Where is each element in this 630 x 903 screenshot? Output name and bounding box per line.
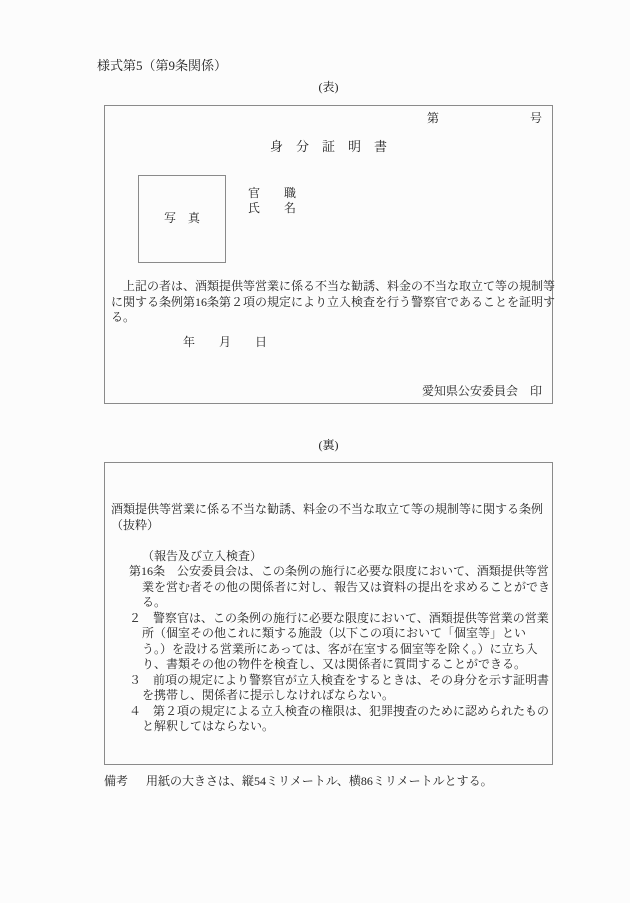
ordinance-text-line: う。）を設ける営業所にあっては、客が在室する個室等を除く。）に立ち入 bbox=[111, 642, 548, 658]
certification-body-text: 上記の者は、酒類提供等営業に係る不当な勧誘、料金の不当な取立て等の規制等に関する… bbox=[111, 279, 548, 326]
photo-placeholder-label: 写 真 bbox=[164, 211, 200, 227]
ordinance-text-line: ２ 警察官は、この条例の施行に必要な限度において、酒類提供等営業の営業 bbox=[111, 611, 548, 627]
ordinance-text-line: 第16条 公安委員会は、この条例の施行に必要な限度において、酒類提供等営 bbox=[111, 564, 548, 580]
remark-label: 備考 bbox=[104, 774, 128, 788]
ordinance-text-line: 業を営む者その他の関係者に対し、報告又は資料の提出を求めることができ bbox=[111, 580, 548, 596]
ordinance-text-line: り、書類その他の物件を検査し、又は関係者に質問することができる。 bbox=[111, 657, 548, 673]
front-card: 第 号 身 分 証 明 書 写 真 官 職 氏 名 上記の者は、酒類提供等営業に… bbox=[104, 105, 553, 404]
back-side-label: (裏) bbox=[104, 438, 553, 454]
ordinance-text-line: ３ 前項の規定により警察官が立入検査をするときは、その身分を示す証明書 bbox=[111, 673, 548, 689]
front-side-label: (表) bbox=[104, 80, 553, 96]
remark-line: 備考用紙の大きさは、縦54ミリメートル、横86ミリメートルとする。 bbox=[104, 774, 493, 790]
document-page: 様式第5（第9条関係） (表) 第 号 身 分 証 明 書 写 真 官 職 氏 … bbox=[0, 0, 630, 903]
body-text-line: る。 bbox=[111, 310, 548, 326]
card-title: 身 分 証 明 書 bbox=[105, 139, 552, 155]
ordinance-text-line: （報告及び立入検査） bbox=[111, 549, 548, 565]
form-number-label: 様式第5（第9条関係） bbox=[97, 58, 227, 74]
name-label: 氏 名 bbox=[248, 201, 296, 217]
ordinance-text-line: 酒類提供等営業に係る不当な勧誘、料金の不当な取立て等の規制等に関する条例 bbox=[111, 502, 548, 518]
remark-text: 用紙の大きさは、縦54ミリメートル、横86ミリメートルとする。 bbox=[146, 774, 493, 788]
ordinance-text-line: る。 bbox=[111, 595, 548, 611]
doc-number-prefix: 第 bbox=[427, 111, 439, 127]
date-placeholder: 年 月 日 bbox=[183, 335, 267, 351]
official-position-label: 官 職 bbox=[248, 186, 296, 202]
ordinance-text-line: 所（個室その他これに類する施設（以下この項において「個室等」とい bbox=[111, 626, 548, 642]
doc-number-suffix: 号 bbox=[530, 111, 542, 127]
ordinance-text-line: を携帯し、関係者に提示しなければならない。 bbox=[111, 688, 548, 704]
photo-placeholder-box: 写 真 bbox=[138, 175, 226, 263]
body-text-line: に関する条例第16条第２項の規定により立入検査を行う警察官であることを証明す bbox=[111, 295, 548, 311]
ordinance-text-line bbox=[111, 533, 548, 549]
issuer-seal-line: 愛知県公安委員会 印 bbox=[105, 384, 552, 400]
ordinance-text-line: （抜粋） bbox=[111, 518, 548, 534]
ordinance-text-line: ４ 第２項の規定による立入検査の権限は、犯罪捜査のために認められたもの bbox=[111, 704, 548, 720]
back-card: 酒類提供等営業に係る不当な勧誘、料金の不当な取立て等の規制等に関する条例（抜粋）… bbox=[104, 462, 553, 765]
body-text-line: 上記の者は、酒類提供等営業に係る不当な勧誘、料金の不当な取立て等の規制等 bbox=[111, 279, 548, 295]
ordinance-excerpt-text: 酒類提供等営業に係る不当な勧誘、料金の不当な取立て等の規制等に関する条例（抜粋）… bbox=[111, 502, 548, 735]
ordinance-text-line: と解釈してはならない。 bbox=[111, 719, 548, 735]
